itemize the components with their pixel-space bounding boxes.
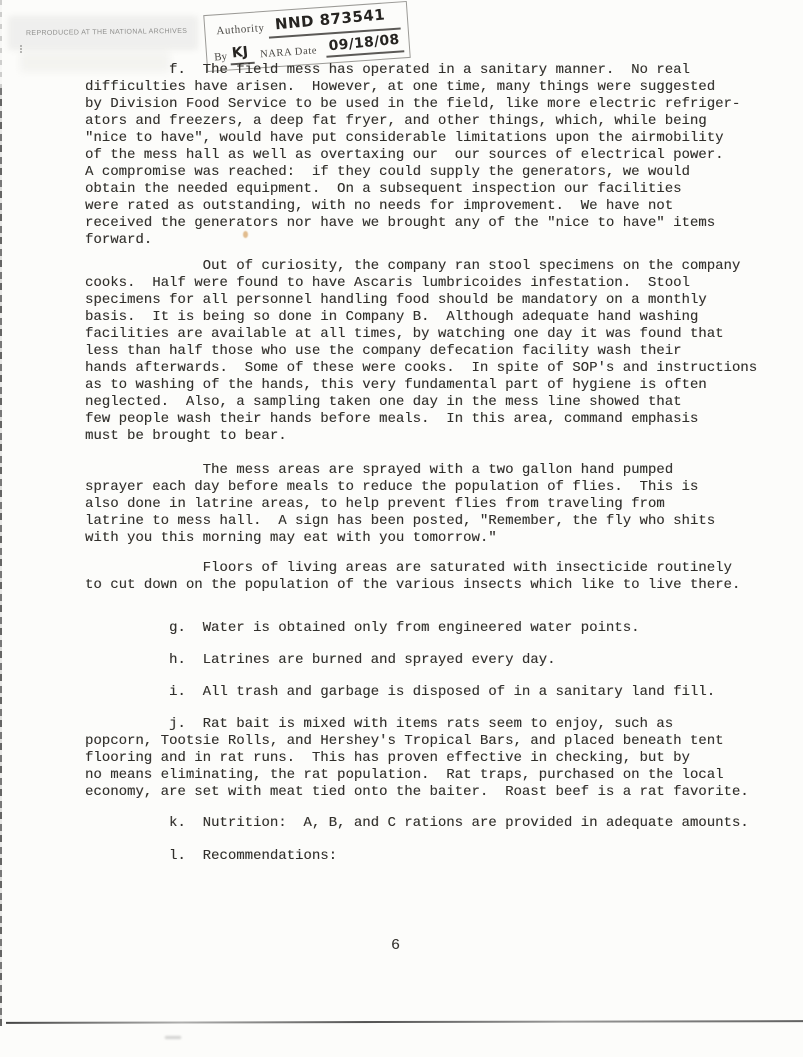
paragraph-j-rat-bait: j. Rat bait is mixed with items rats see… xyxy=(85,716,785,801)
item-k-nutrition: k. Nutrition: A, B, and C rations are pr… xyxy=(85,815,785,832)
scanned-document-page: REPRODUCED AT THE NATIONAL ARCHIVES Auth… xyxy=(0,0,803,1057)
item-g-water: g. Water is obtained only from engineere… xyxy=(85,620,785,637)
paragraph-insecticide-floors: Floors of living areas are saturated wit… xyxy=(85,560,785,594)
scan-speck xyxy=(20,45,25,53)
scan-smudge xyxy=(165,1036,181,1039)
item-h-latrines: h. Latrines are burned and sprayed every… xyxy=(85,652,785,669)
page-number: 6 xyxy=(391,937,400,954)
scan-ink-speck xyxy=(243,231,248,238)
paragraph-stool-specimens: Out of curiosity, the company ran stool … xyxy=(85,258,785,445)
stamp-nara-date-label: NARA Date xyxy=(260,45,318,60)
scan-edge-artifact-top xyxy=(0,0,2,88)
item-l-recommendations: l. Recommendations: xyxy=(85,848,785,865)
document-body: f. The field mess has operated in a sani… xyxy=(85,62,785,865)
scan-edge-artifact xyxy=(0,88,2,1026)
stamp-authority-label: Authority xyxy=(216,22,265,37)
stamp-by-initials: KJ xyxy=(231,44,249,62)
paragraph-fly-spraying: The mess areas are sprayed with a two ga… xyxy=(85,462,785,547)
scan-bottom-edge-line xyxy=(6,1020,803,1023)
paragraph-field-mess: f. The field mess has operated in a sani… xyxy=(85,62,785,249)
item-i-trash: i. All trash and garbage is disposed of … xyxy=(85,684,785,701)
